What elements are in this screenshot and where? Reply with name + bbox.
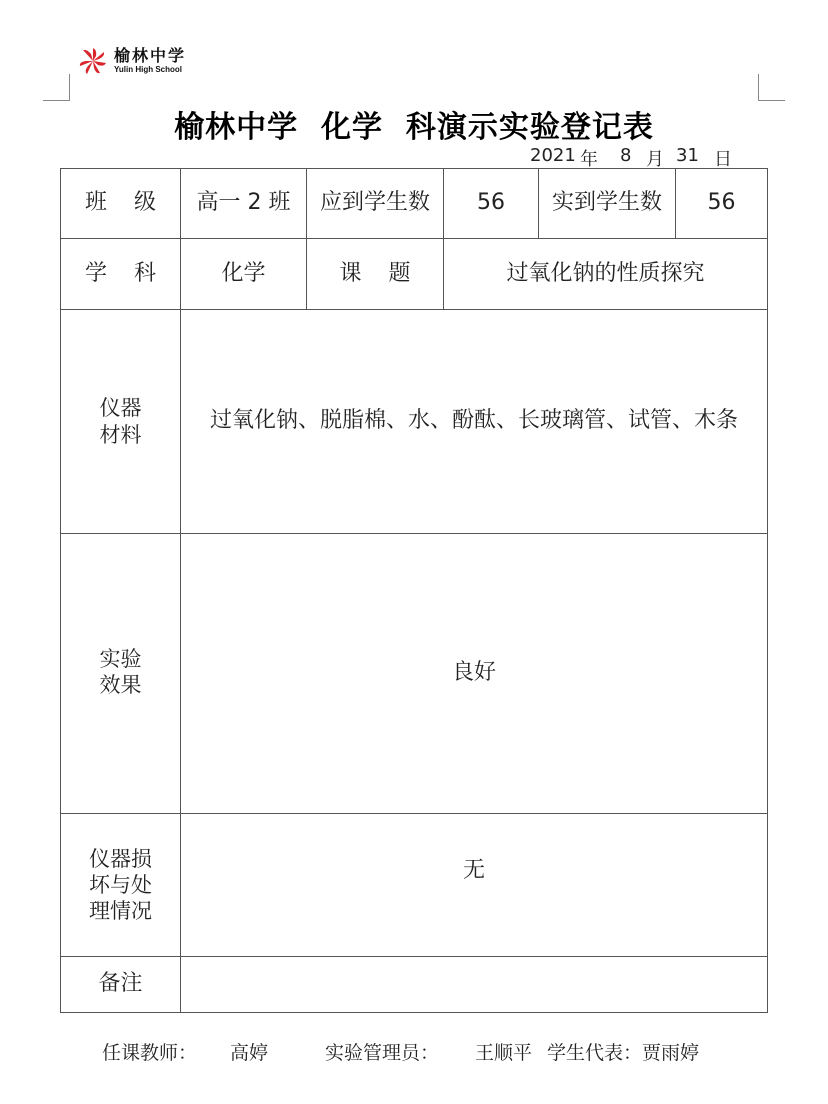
materials-value: 过氧化钠、脱脂棉、水、酚酞、长玻璃管、试管、木条 [181, 310, 768, 534]
school-emblem-icon [78, 46, 108, 76]
damage-label-cell: 仪器损坏与处理情况 [61, 814, 181, 957]
table-row-materials: 仪器材料 过氧化钠、脱脂棉、水、酚酞、长玻璃管、试管、木条 [61, 310, 768, 534]
expected-students-label: 应到学生数 [307, 169, 444, 239]
actual-students-value: 56 [676, 169, 768, 239]
table-row-damage: 仪器损坏与处理情况 无 [61, 814, 768, 957]
table-row-effect: 实验效果 良好 [61, 534, 768, 814]
subject-label: 学 科 [61, 239, 181, 310]
table-row-class: 班 级 高一 2 班 应到学生数 56 实到学生数 56 [61, 169, 768, 239]
crop-mark-right [758, 74, 785, 101]
effect-value: 良好 [181, 534, 768, 814]
materials-label: 仪器材料 [95, 395, 147, 448]
teacher-label: 任课教师： [102, 1038, 230, 1065]
remarks-label: 备注 [61, 957, 181, 1013]
table-row-remarks: 备注 [61, 957, 768, 1013]
school-logo: 榆林中学 Yulin High School [78, 46, 186, 76]
expected-students-value: 56 [444, 169, 539, 239]
crop-mark-left [43, 74, 70, 101]
class-label: 班 级 [61, 169, 181, 239]
subject-value: 化学 [181, 239, 307, 310]
lab-admin-name: 王顺平 [475, 1038, 547, 1065]
materials-label-cell: 仪器材料 [61, 310, 181, 534]
remarks-value [181, 957, 768, 1013]
damage-value-text: 无 [181, 858, 767, 884]
student-rep-name: 贾雨婷 [642, 1038, 699, 1065]
class-value: 高一 2 班 [181, 169, 307, 239]
damage-value: 无 [181, 814, 768, 957]
table-row-subject: 学 科 化学 课 题 过氧化钠的性质探究 [61, 239, 768, 310]
experiment-register-table: 班 级 高一 2 班 应到学生数 56 实到学生数 56 学 科 化学 课 题 … [60, 168, 768, 1013]
topic-label: 课 题 [307, 239, 444, 310]
signature-line: 任课教师： 高婷 实验管理员： 王顺平 学生代表： 贾雨婷 [102, 1038, 699, 1065]
damage-label: 仪器损坏与处理情况 [85, 846, 157, 925]
school-name-en: Yulin High School [114, 66, 186, 74]
effect-label-cell: 实验效果 [61, 534, 181, 814]
school-name-cn: 榆林中学 [114, 48, 186, 64]
teacher-name: 高婷 [230, 1038, 325, 1065]
actual-students-label: 实到学生数 [539, 169, 676, 239]
page-title: 榆林中学 化学 科演示实验登记表 [0, 102, 828, 146]
student-rep-label: 学生代表： [547, 1038, 642, 1065]
lab-admin-label: 实验管理员： [325, 1038, 475, 1065]
topic-value: 过氧化钠的性质探究 [444, 239, 768, 310]
effect-label: 实验效果 [95, 646, 147, 699]
